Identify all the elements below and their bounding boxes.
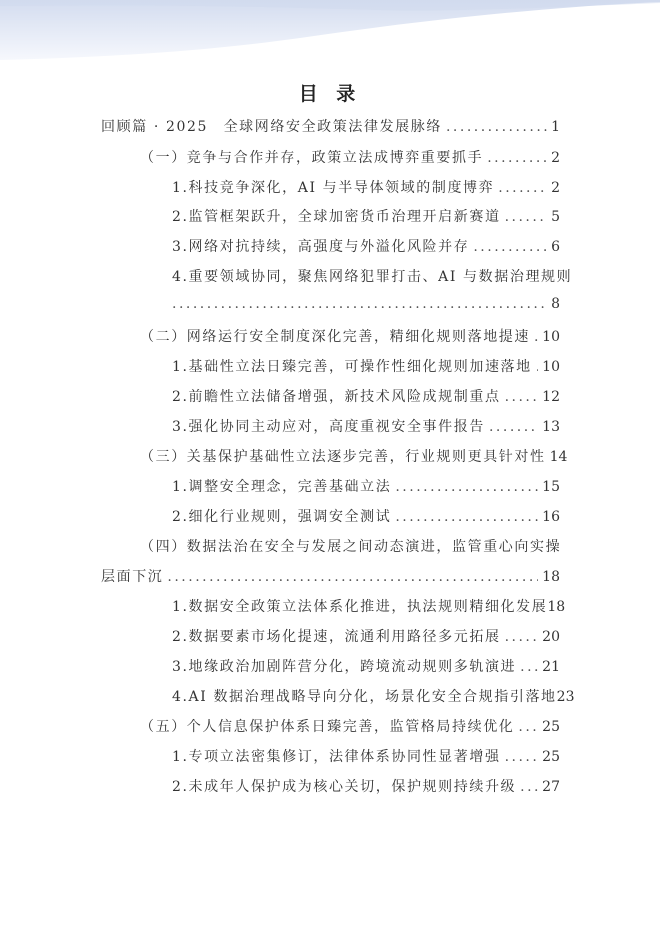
- toc-entry-page: 2: [551, 180, 560, 196]
- toc-entry-label: 3.网络对抗持续，高强度与外溢化风险并存: [172, 236, 469, 256]
- dot-leader: [172, 296, 547, 312]
- toc-entry-continuation[interactable]: 8: [172, 296, 560, 318]
- toc-entry-page: 18: [547, 599, 565, 615]
- toc-entry[interactable]: 2.监管框架跃升，全球加密货币治理开启新赛道 5: [172, 206, 560, 228]
- toc-entry-page: 14: [550, 449, 568, 465]
- toc-entry-label: （一）竞争与合作并存，政策立法成博弈重要抓手: [140, 147, 483, 167]
- toc-entry-label: 2.数据要素市场化提速，流通利用路径多元拓展: [172, 626, 501, 646]
- toc-entry[interactable]: （三）关基保护基础性立法逐步完善，行业规则更具针对性 14: [140, 446, 560, 468]
- toc-entry-label: 2.细化行业规则，强调安全测试: [172, 506, 391, 526]
- toc-entry[interactable]: 1.调整安全理念，完善基础立法 15: [172, 476, 560, 498]
- dot-leader: [395, 479, 538, 495]
- toc-entry-label: （三）关基保护基础性立法逐步完善，行业规则更具针对性: [140, 446, 546, 466]
- toc-entry-label: 1.专项立法密集修订，法律体系协同性显著增强: [172, 746, 501, 766]
- toc-entry[interactable]: 3.网络对抗持续，高强度与外溢化风险并存 6: [172, 236, 560, 258]
- toc-entry-label: 1.科技竞争深化，AI 与半导体领域的制度博弈: [172, 177, 494, 197]
- toc-entry-page: 10: [542, 359, 560, 375]
- toc-entry[interactable]: （一）竞争与合作并存，政策立法成博弈重要抓手 2: [140, 147, 560, 169]
- toc-entry[interactable]: 1.基础性立法日臻完善，可操作性细化规则加速落地 10: [172, 356, 560, 378]
- toc-entry-page: 1: [551, 119, 560, 135]
- toc-entry-label: 4.重要领域协同，聚焦网络犯罪打击、AI 与数据治理规则: [172, 266, 572, 286]
- toc-entry-page: 25: [542, 719, 560, 735]
- dot-leader: [473, 239, 547, 255]
- dot-leader: [167, 569, 538, 585]
- toc-entry-page: 13: [542, 419, 560, 435]
- toc-entry-label: 回顾篇 · 2025 全球网络安全政策法律发展脉络: [101, 116, 442, 136]
- toc-entry-page: 2: [551, 150, 560, 166]
- dot-leader: [505, 629, 539, 645]
- toc-entry-page: 15: [542, 479, 560, 495]
- dot-leader: [536, 359, 538, 375]
- toc-entry-label: 4.AI 数据治理战略导向分化，场景化安全合规指引落地: [172, 686, 557, 706]
- toc-entry-continuation[interactable]: 层面下沉 18: [101, 566, 560, 588]
- dot-leader: [395, 509, 538, 525]
- toc-entry-page: 5: [551, 209, 560, 225]
- toc-entry-label: （四）数据法治在安全与发展之间动态演进，监管重心向实操: [140, 536, 561, 556]
- toc-entry-label: 2.监管框架跃升，全球加密货币治理开启新赛道: [172, 206, 501, 226]
- dot-leader: [520, 779, 538, 795]
- toc-entry-label-cont: 层面下沉: [101, 566, 163, 586]
- toc-entry[interactable]: 1.专项立法密集修订，法律体系协同性显著增强 25: [172, 746, 560, 768]
- header-wave-decoration: [0, 0, 660, 70]
- toc-entry-label: 2.前瞻性立法储备增强，新技术风险成规制重点: [172, 386, 501, 406]
- dot-leader: [520, 659, 538, 675]
- dot-leader: [446, 119, 547, 135]
- toc-entry-page: 20: [542, 629, 560, 645]
- toc-entry-label: 1.调整安全理念，完善基础立法: [172, 476, 391, 496]
- toc-entry-page: 8: [551, 296, 560, 312]
- toc-entry[interactable]: 2.未成年人保护成为核心关切，保护规则持续升级 27: [172, 776, 560, 798]
- dot-leader: [489, 419, 538, 435]
- toc-entry-label: 2.未成年人保护成为核心关切，保护规则持续升级: [172, 776, 516, 796]
- toc-entry-page: 16: [542, 509, 560, 525]
- dot-leader: [505, 749, 539, 765]
- toc-entry-page: 10: [542, 329, 560, 345]
- dot-leader: [487, 150, 547, 166]
- toc-entry[interactable]: （四）数据法治在安全与发展之间动态演进，监管重心向实操: [140, 536, 560, 558]
- toc-entry-label: 3.地缘政治加剧阵营分化，跨境流动规则多轨演进: [172, 656, 516, 676]
- toc-entry-page: 12: [542, 389, 560, 405]
- toc-entry[interactable]: 2.细化行业规则，强调安全测试 16: [172, 506, 560, 528]
- toc-entry-label: 1.基础性立法日臻完善，可操作性细化规则加速落地: [172, 356, 532, 376]
- toc-entry[interactable]: 1.科技竞争深化，AI 与半导体领域的制度博弈 2: [172, 177, 560, 199]
- dot-leader: [505, 389, 539, 405]
- toc-entry-page: 23: [557, 689, 575, 705]
- toc-entry-label: 3.强化协同主动应对，高度重视安全事件报告: [172, 416, 485, 436]
- toc-entry[interactable]: 4.AI 数据治理战略导向分化，场景化安全合规指引落地 23: [172, 686, 560, 708]
- toc-entry[interactable]: 3.强化协同主动应对，高度重视安全事件报告 13: [172, 416, 560, 438]
- toc-entry[interactable]: 2.前瞻性立法储备增强，新技术风险成规制重点 12: [172, 386, 560, 408]
- dot-leader: [518, 719, 538, 735]
- toc-entry[interactable]: 3.地缘政治加剧阵营分化，跨境流动规则多轨演进 21: [172, 656, 560, 678]
- toc-entry[interactable]: （五）个人信息保护体系日臻完善，监管格局持续优化 25: [140, 716, 560, 738]
- toc-entry[interactable]: 回顾篇 · 2025 全球网络安全政策法律发展脉络 1: [101, 116, 560, 138]
- dot-leader: [498, 180, 547, 196]
- toc-entry-label: （二）网络运行安全制度深化完善，精细化规则落地提速: [140, 326, 530, 346]
- toc-entry-label: （五）个人信息保护体系日臻完善，监管格局持续优化: [140, 716, 514, 736]
- toc-entry[interactable]: 1.数据安全政策立法体系化推进，执法规则精细化发展 18: [172, 596, 560, 618]
- page-title: 目 录: [0, 79, 660, 106]
- toc-entry[interactable]: 4.重要领域协同，聚焦网络犯罪打击、AI 与数据治理规则: [172, 266, 560, 288]
- toc-entry-page: 27: [542, 779, 560, 795]
- toc-entry-page: 25: [542, 749, 560, 765]
- toc-entry-page: 6: [551, 239, 560, 255]
- toc-entry-page: 18: [542, 569, 560, 585]
- toc-entry-page: 21: [542, 659, 560, 675]
- toc-entry[interactable]: 2.数据要素市场化提速，流通利用路径多元拓展 20: [172, 626, 560, 648]
- toc-entry[interactable]: （二）网络运行安全制度深化完善，精细化规则落地提速 10: [140, 326, 560, 348]
- dot-leader: [534, 329, 538, 345]
- dot-leader: [505, 209, 548, 225]
- toc-entry-label: 1.数据安全政策立法体系化推进，执法规则精细化发展: [172, 596, 547, 616]
